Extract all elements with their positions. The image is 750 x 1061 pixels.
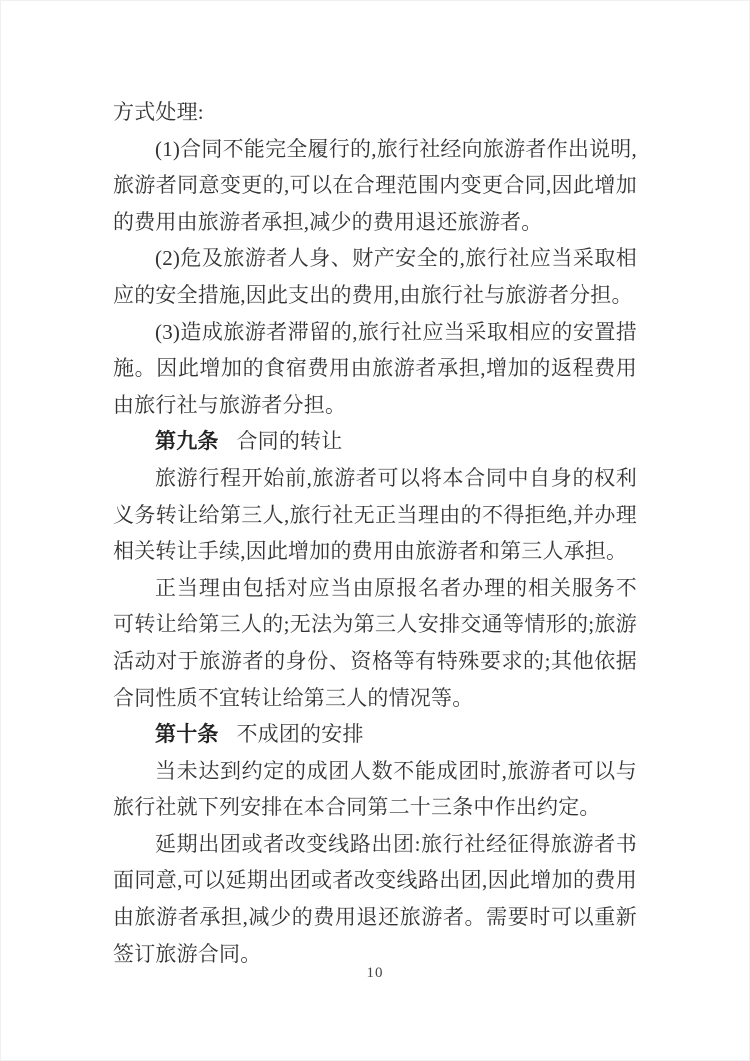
paragraph-article-10-body-1: 当未达到约定的成团人数不能成团时,旅游者可以与旅行社就下列安排在本合同第二十三条… bbox=[113, 753, 637, 826]
article-10-label: 第十条 bbox=[155, 722, 219, 746]
paragraph-clause-1: (1)合同不能完全履行的,旅行社经向旅游者作出说明,旅游者同意变更的,可以在合理… bbox=[113, 131, 637, 241]
paragraph-continuation: 方式处理: bbox=[113, 94, 637, 131]
article-9-title: 合同的转让 bbox=[236, 429, 342, 453]
paragraph-article-10-body-2: 延期出团或者改变线路出团:旅行社经征得旅游者书面同意,可以延期出团或者改变线路出… bbox=[113, 826, 637, 972]
article-10-title: 不成团的安排 bbox=[236, 722, 363, 746]
document-body: 方式处理: (1)合同不能完全履行的,旅行社经向旅游者作出说明,旅游者同意变更的… bbox=[113, 94, 637, 972]
section-heading-article-10: 第十条不成团的安排 bbox=[113, 716, 637, 753]
page-number: 10 bbox=[0, 965, 750, 982]
paragraph-article-9-body-1: 旅游行程开始前,旅游者可以将本合同中自身的权利义务转让给第三人,旅行社无正当理由… bbox=[113, 460, 637, 570]
section-heading-article-9: 第九条合同的转让 bbox=[113, 423, 637, 460]
paragraph-article-9-body-2: 正当理由包括对应当由原报名者办理的相关服务不可转让给第三人的;无法为第三人安排交… bbox=[113, 570, 637, 716]
paragraph-clause-2: (2)危及旅游者人身、财产安全的,旅行社应当采取相应的安全措施,因此支出的费用,… bbox=[113, 240, 637, 313]
paragraph-clause-3: (3)造成旅游者滞留的,旅行社应当采取相应的安置措施。因此增加的食宿费用由旅游者… bbox=[113, 314, 637, 424]
article-9-label: 第九条 bbox=[155, 429, 219, 453]
document-page: 方式处理: (1)合同不能完全履行的,旅行社经向旅游者作出说明,旅游者同意变更的… bbox=[0, 0, 750, 1061]
